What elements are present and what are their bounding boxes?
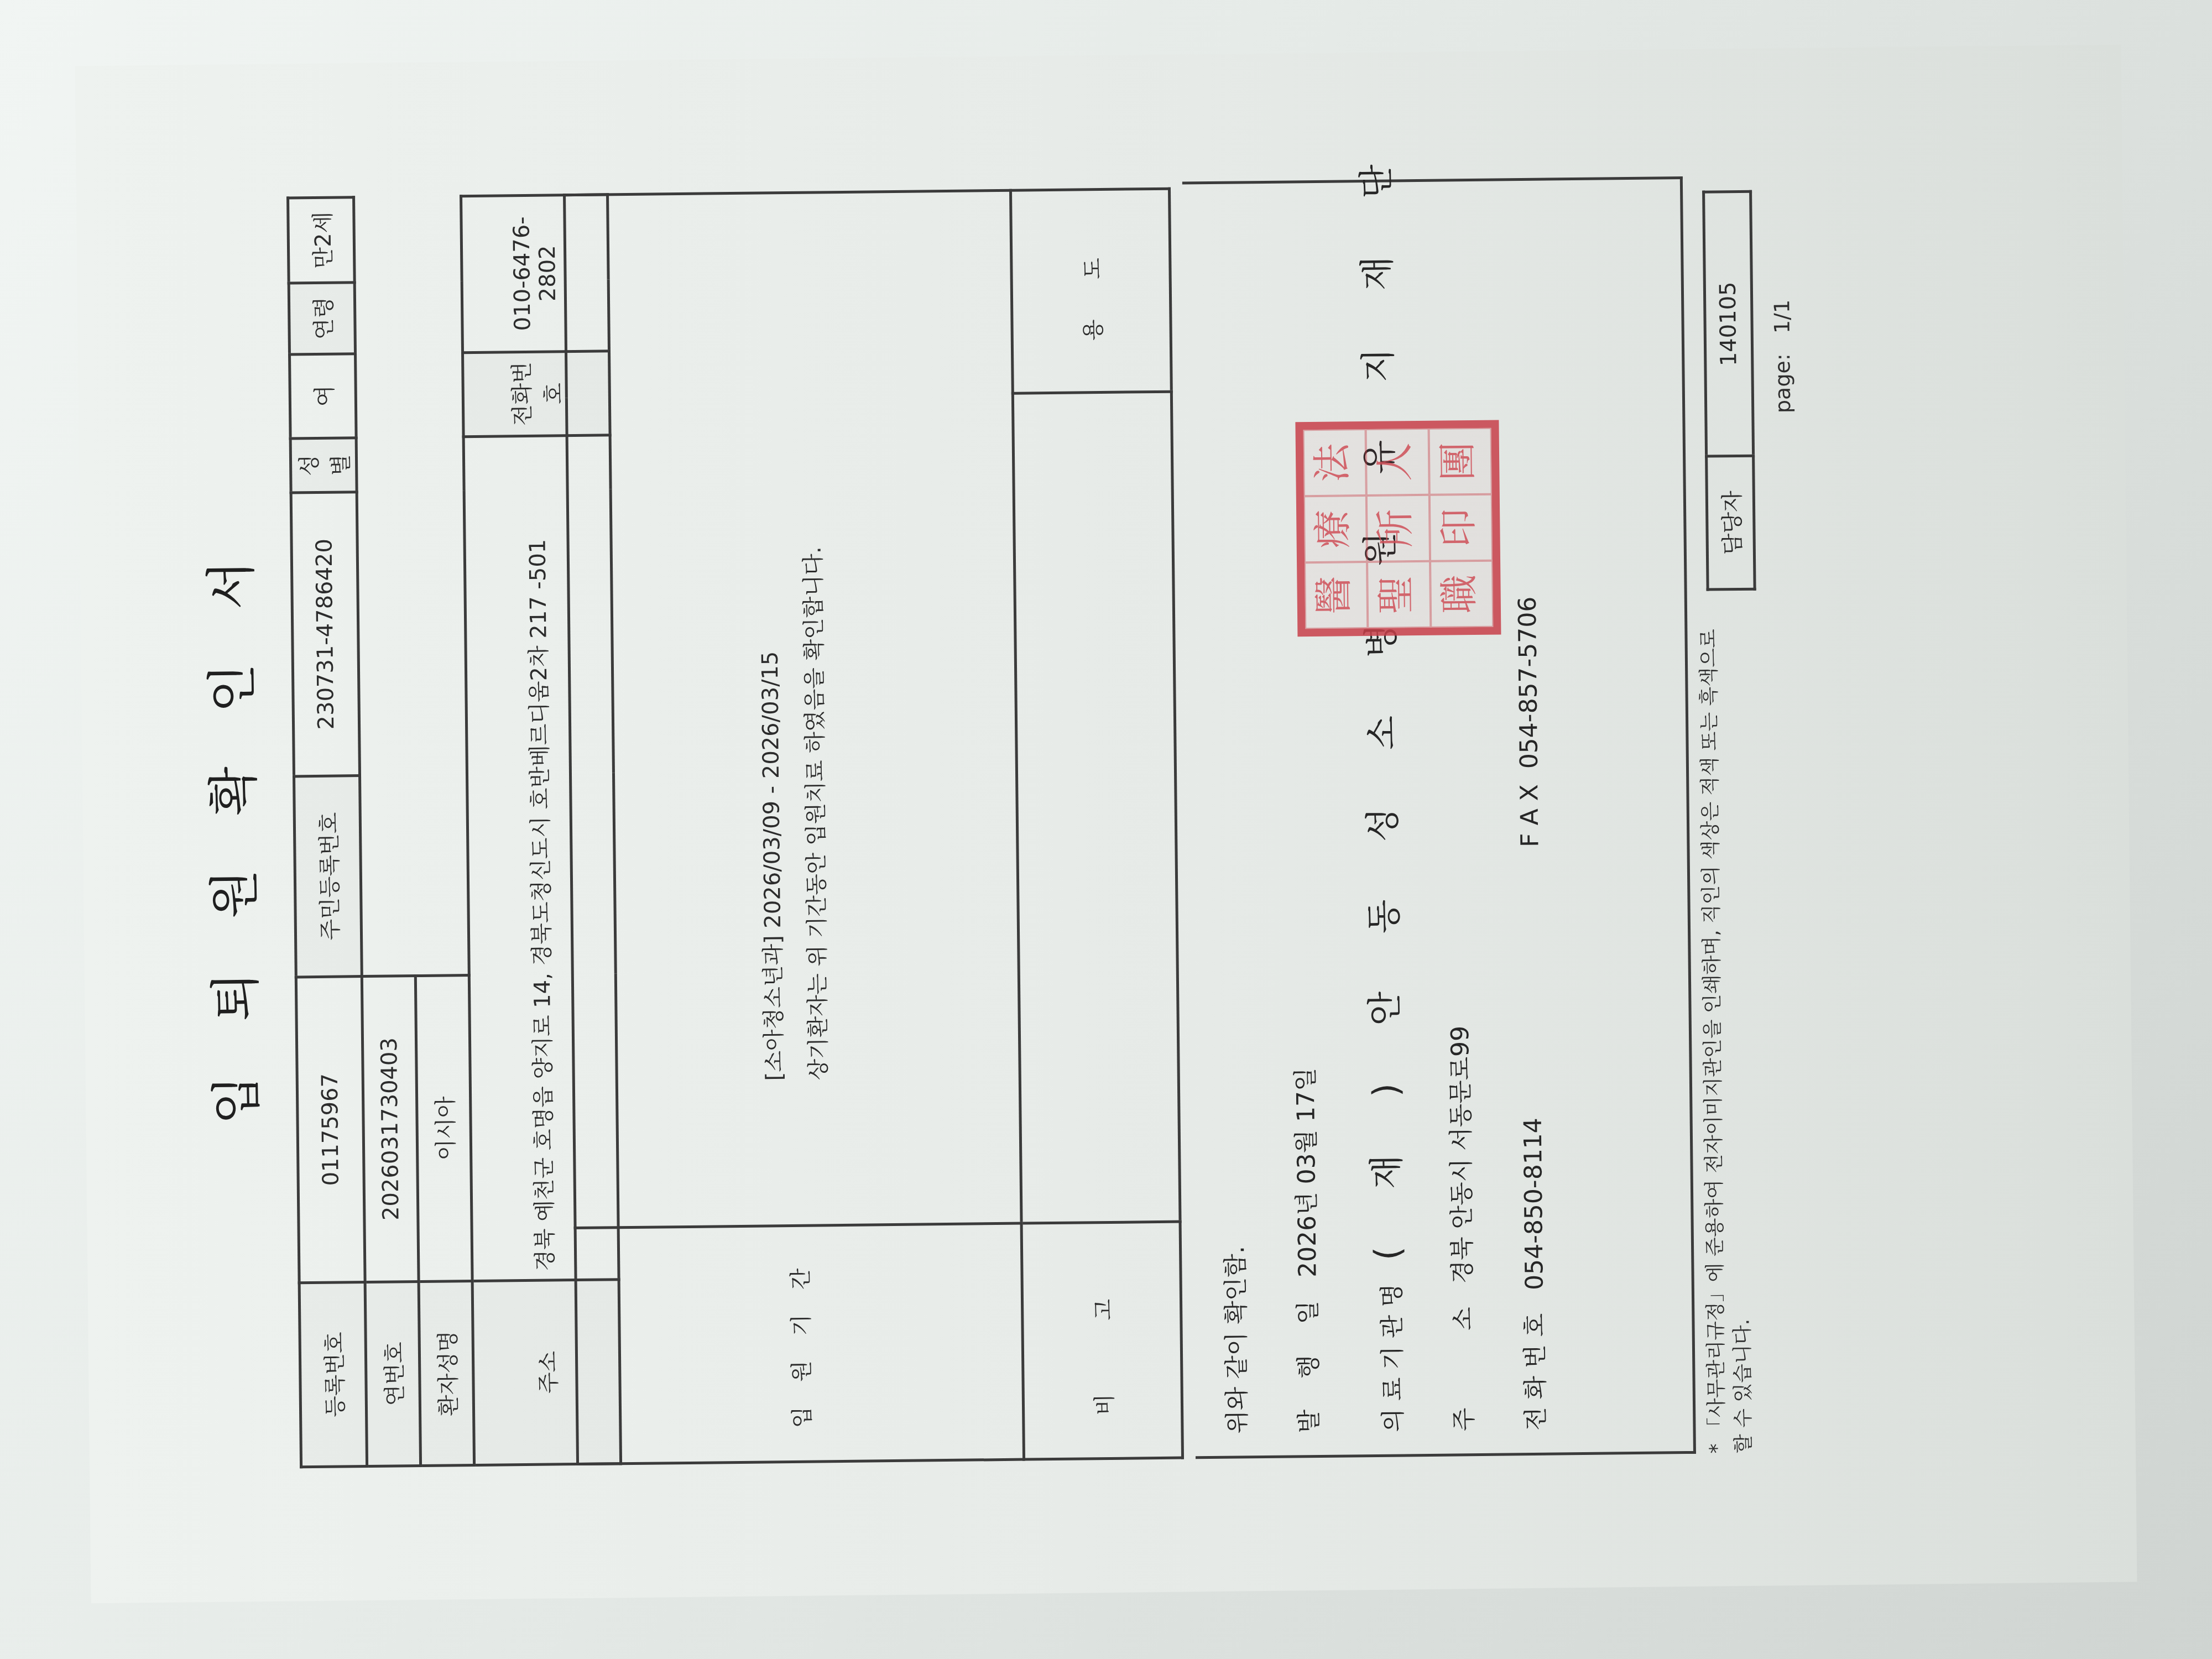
page-value: 1/1 (1770, 300, 1794, 334)
issuer-phone-row: 전 화 번 호 054-850-8114 F A X 054-857-5706 (1507, 596, 1552, 1431)
age-label: 연령 (289, 283, 355, 354)
admission-period-body: [소아청소년과] 2026/03/09 - 2026/03/15 상기환자는 위… (565, 190, 1022, 1228)
sex-label: 성별 (290, 437, 357, 493)
patient-name-value: 이시아 (415, 975, 472, 1282)
admission-period-label: 입 원 기 간 (575, 1223, 1024, 1464)
page-number: page: 1/1 (1770, 300, 1795, 414)
confirm-text: 위와 같이 확인함. (1215, 1246, 1253, 1434)
issuer-address-row: 주 소 경북 안동시 서동문로99 (1440, 1026, 1480, 1432)
issuer-phone-value: 054-850-8114 (1519, 1118, 1549, 1290)
fax-label: F A X (1515, 784, 1544, 847)
admission-period-table: 입 원 기 간 [소아청소년과] 2026/03/09 - 2026/03/15… (563, 187, 1184, 1465)
remarks-value (1013, 392, 1180, 1223)
issue-date-label: 발 행 일 (1294, 1301, 1324, 1433)
patient-name-label: 환자성명 (419, 1281, 474, 1466)
footer-note: * 「사무관리규정」에 준용하여 전자이미지관인을 인쇄하며, 직인의 색상은 … (1695, 624, 1757, 1454)
serial-no-label: 연번호 (365, 1282, 420, 1467)
issue-date-row: 발 행 일 2026년 03월 17일 (1286, 1067, 1325, 1433)
sex-value: 여 (290, 353, 357, 438)
manager-table: 담당자 140105 (1702, 190, 1756, 591)
registration-no-label: 등록번호 (299, 1282, 367, 1467)
purpose-label: 용 도 (1010, 189, 1171, 393)
manager-id: 140105 (1704, 192, 1754, 457)
page-label: page: (1770, 353, 1795, 413)
document-sheet: 입 퇴 원 확 인 서 등록번호 01175967 주민등록번호 230731-… (75, 45, 2137, 1604)
manager-label: 담당자 (1707, 456, 1755, 589)
age-value: 만2세 (288, 197, 355, 283)
document-title: 입 퇴 원 확 인 서 (186, 64, 275, 1602)
issuer-section: 위와 같이 확인함. 발 행 일 2026년 03월 17일 의 료 기 관 명… (1182, 176, 1696, 1459)
remarks-label: 비 고 (1021, 1222, 1182, 1459)
issuer-address-label: 주 소 (1449, 1307, 1478, 1431)
issuer-address-value: 경북 안동시 서동문로99 (1446, 1026, 1477, 1284)
institution-label: 의 료 기 관 명 (1378, 1284, 1408, 1432)
institution-row: 의 료 기 관 명 ( 재 ) 안 동 성 소 병 원 유 지 재 단 (1348, 141, 1412, 1432)
issuer-phone-label: 전 화 번 호 (1521, 1313, 1550, 1431)
resident-no-value: 230731-4786420 (291, 492, 359, 776)
registration-no-value: 01175967 (296, 977, 365, 1283)
resident-no-label: 주민등록번호 (294, 776, 362, 977)
official-seal-icon: 醫 療 法 聖 所 人 職 印 團 (1295, 420, 1501, 637)
serial-no-value: 2026031730403 (362, 976, 419, 1282)
institution-name: ( 재 ) 안 동 성 소 병 원 유 지 재 단 (1356, 141, 1408, 1261)
admission-statement: 상기환자는 위 기간동안 입원치료 하였음을 확인합니다. (787, 194, 841, 1081)
fax-value: 054-857-5706 (1514, 596, 1543, 769)
issue-date-value: 2026년 03월 17일 (1292, 1067, 1322, 1277)
